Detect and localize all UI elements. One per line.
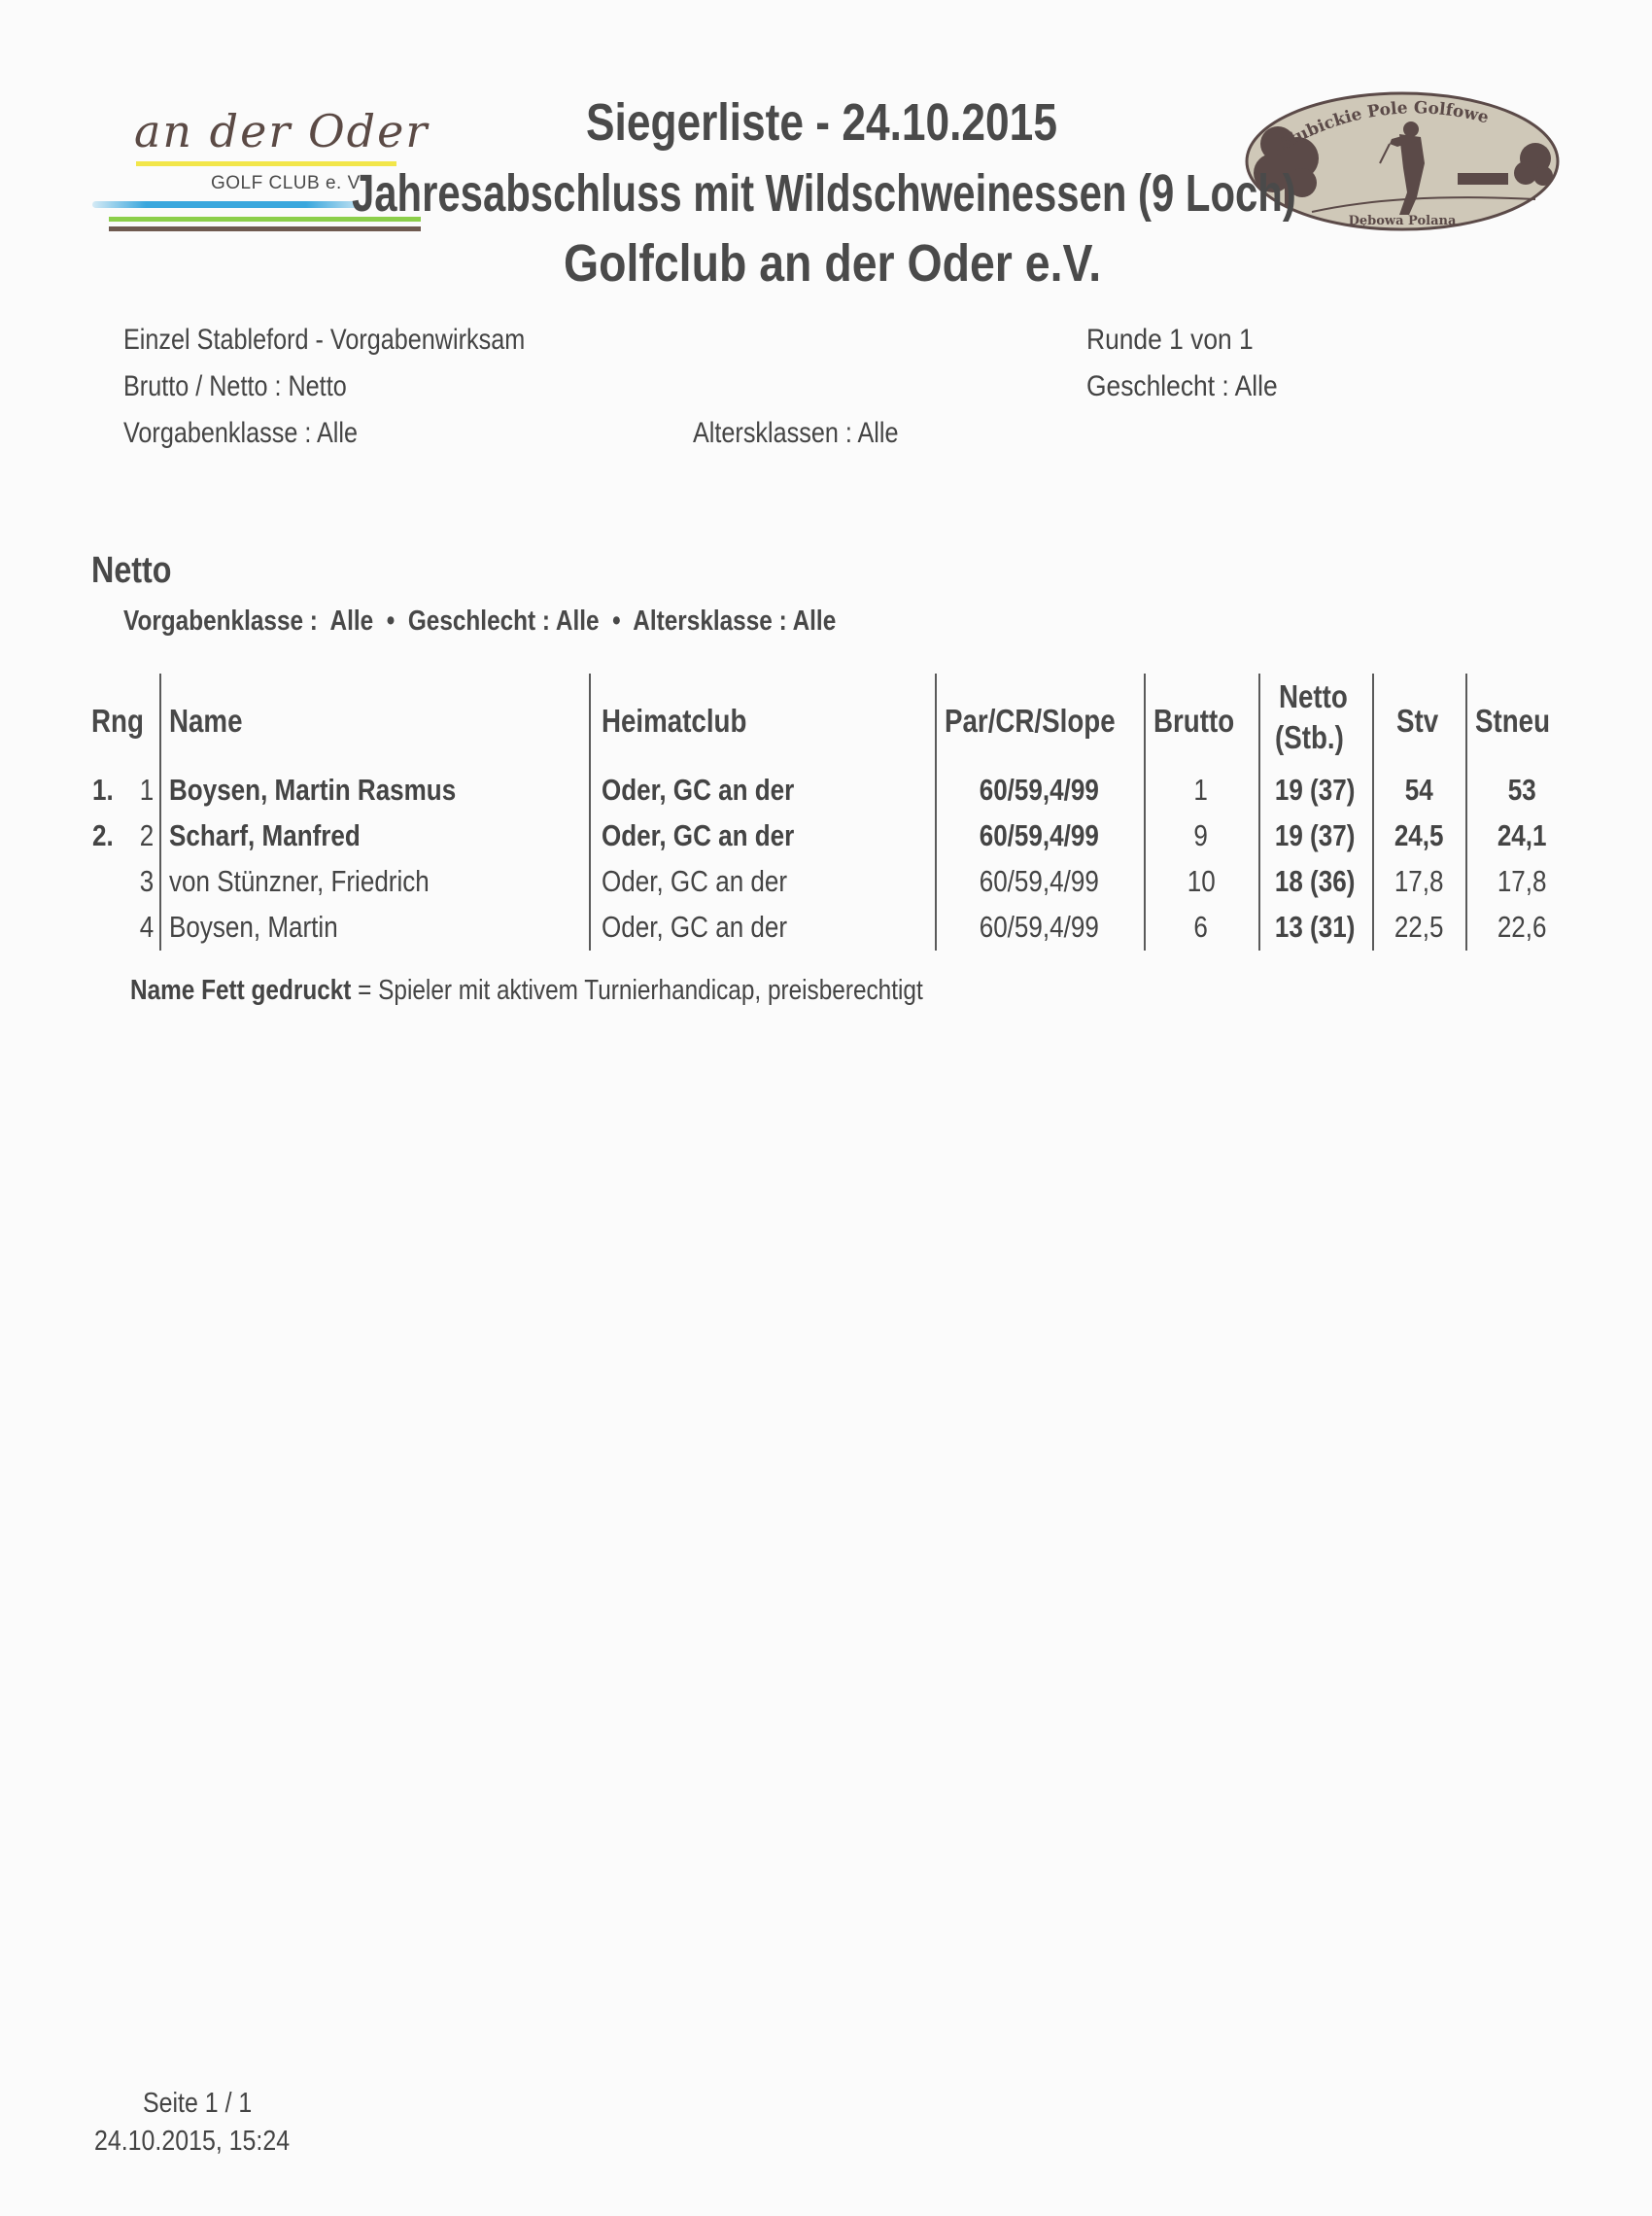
title-line-2: Jahresabschluss mit Wildschweinessen (9 … [352,163,1570,224]
cell-par-text: 60/59,4/99 [980,910,1099,945]
title-line-2-text: Jahresabschluss mit Wildschweinessen (9 … [352,163,1296,224]
footnote: Name Fett gedruckt = Spieler mit aktivem… [130,975,1074,1007]
cell-name: Boysen, Martin Rasmus [169,773,510,808]
cell-place-text: 2. [92,818,114,853]
cell-club: Oder, GC an der [602,910,822,945]
cell-rank-text: 2 [140,818,154,853]
header-club: Heimatclub [602,703,774,740]
header-name: Name [169,703,257,740]
cell-brutto: 10 [1144,864,1258,899]
cell-stneu: 22,6 [1465,910,1578,945]
cell-par-text: 60/59,4/99 [980,773,1099,808]
cell-club-text: Oder, GC an der [602,910,787,945]
cell-stv-text: 22,5 [1394,910,1444,945]
header-stv-text: Stv [1396,703,1438,740]
cell-name-text: Boysen, Martin [169,910,338,945]
cell-brutto-text: 1 [1194,773,1208,808]
meta-altersklassen-text: Altersklassen : Alle [693,417,898,450]
cell-club-text: Oder, GC an der [602,773,794,808]
meta-vorgabenklasse: Vorgabenklasse : Alle [123,417,402,450]
cell-par-text: 60/59,4/99 [980,818,1099,853]
print-timestamp: 24.10.2015, 15:24 [94,2126,322,2158]
cell-rank: 3 [124,864,154,899]
cell-stneu-text: 24,1 [1497,818,1547,853]
print-timestamp-text: 24.10.2015, 15:24 [94,2126,290,2158]
cell-netto: 18 (36) [1258,864,1372,899]
cell-rank-text: 4 [140,910,154,945]
cell-place: 1. [92,773,118,808]
cell-stv: 17,8 [1372,864,1465,899]
cell-rank: 4 [124,910,154,945]
cell-stneu-text: 17,8 [1497,864,1547,899]
cell-par: 60/59,4/99 [935,910,1144,945]
meta-altersklassen: Altersklassen : Alle [693,417,938,450]
cell-par: 60/59,4/99 [935,864,1144,899]
meta-mode: Einzel Stableford - Vorgabenwirksam [123,324,602,357]
cell-stv-text: 24,5 [1394,818,1444,853]
cell-brutto: 1 [1144,773,1258,808]
cell-brutto: 9 [1144,818,1258,853]
cell-brutto: 6 [1144,910,1258,945]
header-stneu: Stneu [1475,703,1565,740]
header-netto-stb: (Stb.) [1275,719,1357,756]
cell-name-text: Boysen, Martin Rasmus [169,773,456,808]
logo-script-text: an der Oder [134,105,429,157]
cell-netto-text: 19 (37) [1275,773,1356,808]
cell-par: 60/59,4/99 [935,818,1144,853]
header-par: Par/CR/Slope [945,703,1148,740]
page-number: Seite 1 / 1 [143,2088,270,2120]
cell-stv-text: 17,8 [1394,864,1444,899]
title-line-3-text: Golfclub an der Oder e.V. [564,233,1101,294]
cell-rank-text: 1 [140,773,154,808]
cell-stneu-text: 22,6 [1497,910,1547,945]
cell-par: 60/59,4/99 [935,773,1144,808]
cell-stneu: 53 [1465,773,1578,808]
meta-geschlecht: Geschlecht : Alle [1086,370,1303,403]
cell-brutto-text: 10 [1187,864,1216,899]
header-stv: Stv [1396,703,1446,740]
cell-stv: 54 [1372,773,1465,808]
cell-brutto-text: 6 [1194,910,1208,945]
cell-rank: 1 [124,773,154,808]
cell-rank: 2 [124,818,154,853]
cell-stneu: 24,1 [1465,818,1578,853]
meta-runde-text: Runde 1 von 1 [1086,324,1254,357]
cell-name: Boysen, Martin [169,910,370,945]
column-divider [589,674,591,951]
cell-club: Oder, GC an der [602,864,822,899]
header-netto-line2: (Stb.) [1275,719,1344,756]
logo-brown-stripe [109,226,421,231]
title-line-3: Golfclub an der Oder e.V. [564,233,1188,294]
cell-rank-text: 3 [140,864,154,899]
cell-netto: 19 (37) [1258,818,1372,853]
column-divider [159,674,161,951]
header-netto: Netto [1279,678,1360,715]
section-filter: Vorgabenklasse : Alle • Geschlecht : All… [123,606,972,638]
section-title: Netto [91,550,186,592]
cell-place: 2. [92,818,118,853]
cell-name: Scharf, Manfred [169,818,396,853]
meta-vorgabenklasse-text: Vorgabenklasse : Alle [123,417,358,450]
cell-stneu: 17,8 [1465,864,1578,899]
meta-runde: Runde 1 von 1 [1086,324,1276,357]
header-name-text: Name [169,703,243,740]
header-club-text: Heimatclub [602,703,746,740]
cell-netto-text: 18 (36) [1275,864,1356,899]
logo-blue-stripe [92,201,360,208]
cell-name-text: von Stünzner, Friedrich [169,864,430,899]
meta-brutto-netto-text: Brutto / Netto : Netto [123,370,347,403]
page-number-text: Seite 1 / 1 [143,2088,252,2120]
header-rng-text: Rng [91,703,144,740]
footnote-bold: Name Fett gedruckt [130,975,351,1006]
cell-netto-text: 13 (31) [1275,910,1356,945]
cell-brutto-text: 9 [1194,818,1208,853]
cell-netto-text: 19 (37) [1275,818,1356,853]
cell-netto: 13 (31) [1258,910,1372,945]
cell-name-text: Scharf, Manfred [169,818,361,853]
header-par-text: Par/CR/Slope [945,703,1116,740]
cell-par-text: 60/59,4/99 [980,864,1099,899]
header-netto-line1: Netto [1279,678,1348,715]
cell-place-text: 1. [92,773,114,808]
header-brutto-text: Brutto [1153,703,1234,740]
cell-club-text: Oder, GC an der [602,818,794,853]
cell-stv: 24,5 [1372,818,1465,853]
cell-stneu-text: 53 [1508,773,1536,808]
cell-stv-text: 54 [1405,773,1433,808]
section-filter-text: Vorgabenklasse : Alle • Geschlecht : All… [123,606,836,638]
header-brutto: Brutto [1153,703,1250,740]
header-stneu-text: Stneu [1475,703,1550,740]
cell-club-text: Oder, GC an der [602,864,787,899]
cell-name: von Stünzner, Friedrich [169,864,479,899]
meta-geschlecht-text: Geschlecht : Alle [1086,370,1278,403]
cell-club: Oder, GC an der [602,773,831,808]
title-line-1: Siegerliste - 24.10.2015 [586,92,1160,153]
cell-club: Oder, GC an der [602,818,831,853]
header-rng: Rng [91,703,154,740]
section-title-text: Netto [91,550,172,592]
meta-brutto-netto: Brutto / Netto : Netto [123,370,389,403]
meta-mode-text: Einzel Stableford - Vorgabenwirksam [123,324,525,357]
cell-stv: 22,5 [1372,910,1465,945]
cell-netto: 19 (37) [1258,773,1372,808]
title-line-1-text: Siegerliste - 24.10.2015 [586,92,1057,153]
footnote-rest: = Spieler mit aktivem Turnierhandicap, p… [351,975,922,1006]
logo-tagline: GOLF CLUB e. V [211,173,361,194]
